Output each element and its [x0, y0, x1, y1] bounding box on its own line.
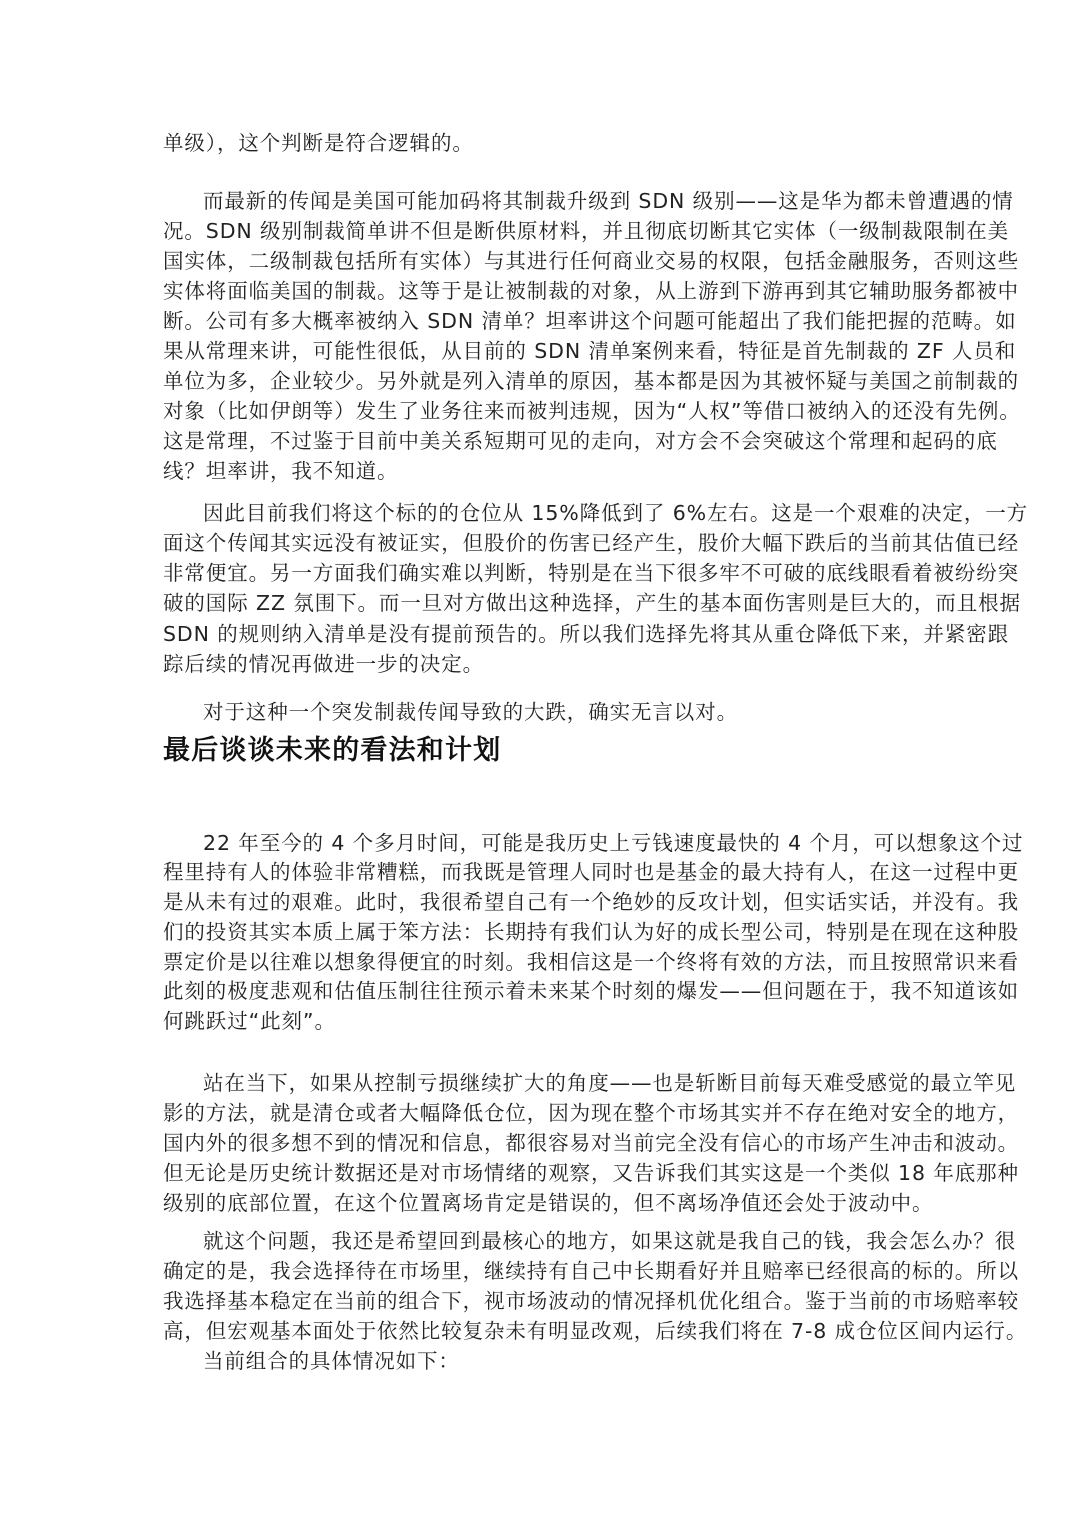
paragraph-line: 票定价是以往难以想象得便宜的时刻。我相信这是一个终将有效的方法，而且按照常识来看 — [163, 947, 923, 977]
paragraph-line: 况。SDN 级别制裁简单讲不但是断供原材料，并且彻底切断其它实体（一级制裁限制在… — [163, 216, 923, 246]
paragraph-line: 实体将面临美国的制裁。这等于是让被制裁的对象，从上游到下游再到其它辅助服务都被中 — [163, 276, 923, 306]
paragraph-line: 22 年至今的 4 个多月时间，可能是我历史上亏钱速度最快的 4 个月，可以想象… — [203, 828, 963, 858]
paragraph-line: 当前组合的具体情况如下： — [203, 1346, 963, 1376]
paragraph-line: 何跳跃过“此刻”。 — [163, 1006, 923, 1036]
paragraph-line: 级别的底部位置，在这个位置离场肯定是错误的，但不离场净值还会处于波动中。 — [163, 1188, 923, 1218]
paragraph-line: 单级），这个判断是符合逻辑的。 — [163, 128, 923, 158]
paragraph-line: 对于这种一个突发制裁传闻导致的大跌，确实无言以对。 — [203, 697, 963, 727]
paragraph-line: 果从常理来讲，可能性很低，从目前的 SDN 清单案例来看，特征是首先制裁的 ZF… — [163, 336, 923, 366]
paragraph-line: 此刻的极度悲观和估值压制往往预示着未来某个时刻的爆发——但问题在于，我不知道该如 — [163, 976, 923, 1006]
paragraph-line: 非常便宜。另一方面我们确实难以判断，特别是在当下很多牢不可破的底线眼看着被纷纷突 — [163, 558, 923, 588]
paragraph-line: 单位为多，企业较少。另外就是列入清单的原因，基本都是因为其被怀疑与美国之前制裁的 — [163, 366, 923, 396]
paragraph-line: 国内外的很多想不到的情况和信息，都很容易对当前完全没有信心的市场产生冲击和波动。 — [163, 1128, 923, 1158]
paragraph-line: 面这个传闻其实远没有被证实，但股价的伤害已经产生，股价大幅下跌后的当前其估值已经 — [163, 528, 923, 558]
paragraph-line: 我选择基本稳定在当前的组合下，视市场波动的情况择机优化组合。鉴于当前的市场赔率较 — [163, 1286, 923, 1316]
paragraph-line: 国实体，二级制裁包括所有实体）与其进行任何商业交易的权限，包括金融服务，否则这些 — [163, 246, 923, 276]
paragraph-line: SDN 的规则纳入清单是没有提前预告的。所以我们选择先将其从重仓降低下来，并紧密… — [163, 619, 923, 649]
paragraph-line: 程里持有人的体验非常糟糕，而我既是管理人同时也是基金的最大持有人，在这一过程中更 — [163, 857, 923, 887]
document-page: 单级），这个判断是符合逻辑的。 而最新的传闻是美国可能加码将其制裁升级到 SDN… — [0, 0, 1080, 1526]
paragraph-line: 这是常理，不过鉴于目前中美关系短期可见的走向，对方会不会突破这个常理和起码的底 — [163, 426, 923, 456]
paragraph-line: 们的投资其实本质上属于笨方法：长期持有我们认为好的成长型公司，特别是在现在这种股 — [163, 917, 923, 947]
section-heading: 最后谈谈未来的看法和计划 — [163, 730, 501, 772]
paragraph-line: 断。公司有多大概率被纳入 SDN 清单？坦率讲这个问题可能超出了我们能把握的范畴… — [163, 306, 923, 336]
paragraph-line: 破的国际 ZZ 氛围下。而一旦对方做出这种选择，产生的基本面伤害则是巨大的，而且… — [163, 588, 923, 618]
paragraph-line: 就这个问题，我还是希望回到最核心的地方，如果这就是我自己的钱，我会怎么办？很 — [203, 1226, 963, 1256]
paragraph-line: 对象（比如伊朗等）发生了业务往来而被判违规，因为“人权”等借口被纳入的还没有先例… — [163, 396, 923, 426]
paragraph-line: 确定的是，我会选择待在市场里，继续持有自己中长期看好并且赔率已经很高的标的。所以 — [163, 1256, 923, 1286]
paragraph-line: 影的方法，就是清仓或者大幅降低仓位，因为现在整个市场其实并不存在绝对安全的地方， — [163, 1098, 923, 1128]
paragraph-line: 而最新的传闻是美国可能加码将其制裁升级到 SDN 级别——这是华为都未曾遭遇的情 — [203, 186, 963, 216]
paragraph-line: 是从未有过的艰难。此时，我很希望自己有一个绝妙的反攻计划，但实话实话，并没有。我 — [163, 887, 923, 917]
paragraph-line: 但无论是历史统计数据还是对市场情绪的观察，又告诉我们其实这是一个类似 18 年底… — [163, 1158, 923, 1188]
paragraph-line: 因此目前我们将这个标的的仓位从 15%降低到了 6%左右。这是一个艰难的决定，一… — [203, 498, 963, 528]
paragraph-line: 踪后续的情况再做进一步的决定。 — [163, 649, 923, 679]
paragraph-line: 高，但宏观基本面处于依然比较复杂未有明显改观，后续我们将在 7-8 成仓位区间内… — [163, 1316, 923, 1346]
paragraph-line: 线？坦率讲，我不知道。 — [163, 456, 923, 486]
paragraph-line: 站在当下，如果从控制亏损继续扩大的角度——也是斩断目前每天难受感觉的最立竿见 — [203, 1068, 963, 1098]
